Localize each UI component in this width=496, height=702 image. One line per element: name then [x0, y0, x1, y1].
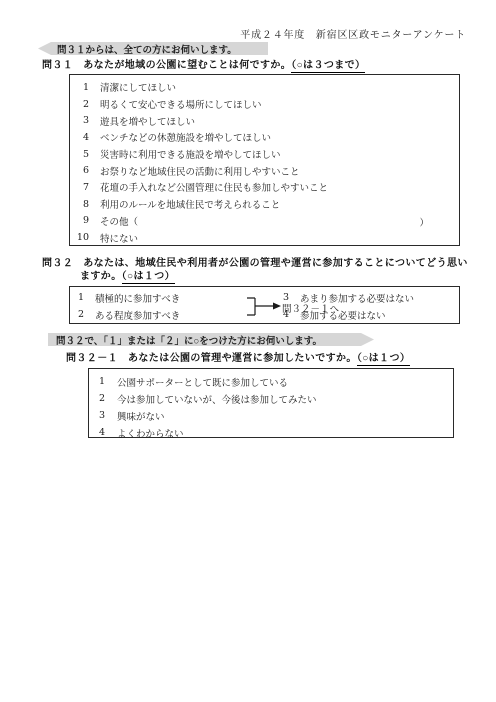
option-label: 利用のルールを地域住民で考えられること — [100, 197, 280, 211]
question-31-note: （○は３つまで） — [291, 60, 365, 73]
banner-q32-1-text: 問３２で、「１」または「２」に○をつけた方にお伺いします。 — [56, 333, 322, 347]
option-label: あまり参加する必要はない — [300, 291, 414, 305]
option-number: 4 — [89, 427, 105, 438]
option-row: 3あまり参加する必要はない — [275, 289, 414, 306]
option-number: 7 — [70, 182, 89, 193]
option-number: 10 — [70, 232, 89, 243]
option-number: 5 — [70, 149, 89, 160]
option-number: 4 — [275, 309, 289, 320]
option-number: 8 — [70, 199, 89, 210]
option-row: 2ある程度参加すべき — [70, 306, 180, 323]
question-31-title: あなたが地域の公園に望むことは何ですか。 — [83, 60, 291, 71]
option-number: 2 — [89, 393, 105, 404]
option-label: 興味がない — [117, 409, 165, 423]
option-row: 1積極的に参加すべき — [70, 289, 180, 306]
question-32-number: 問３２ — [42, 258, 73, 269]
option-row: 8利用のルールを地域住民で考えられること — [70, 196, 459, 213]
section-banner-q31: 問３１からは、全ての方にお伺いします。 — [38, 42, 268, 55]
option-number: 3 — [70, 115, 89, 126]
option-label: よくわからない — [117, 426, 184, 440]
question-31-number: 問３１ — [42, 60, 73, 71]
option-number: 3 — [275, 292, 289, 303]
question-31-options-box: 1清潔にしてほしい 2明るくて安心できる場所にしてほしい 3遊具を増やしてほしい… — [69, 74, 460, 246]
document-title: 平成２４年度 新宿区区政モニターアンケート — [240, 26, 466, 41]
option-number: 6 — [70, 165, 89, 176]
option-label: 特にない — [100, 231, 138, 245]
option-label: ある程度参加すべき — [95, 308, 180, 322]
option-row-other: 9その他（） — [70, 213, 459, 230]
section-banner-q32-1: 問３２で、「１」または「２」に○をつけた方にお伺いします。 — [48, 333, 374, 346]
option-number: 2 — [70, 309, 84, 320]
option-number: 1 — [70, 292, 84, 303]
question-32-options-box: 1積極的に参加すべき 2ある程度参加すべき 問３２－１へ 3あまり参加する必要は… — [69, 286, 460, 324]
option-label: 今は参加していないが、今後は参加してみたい — [117, 392, 317, 406]
banner-q31-text: 問３１からは、全ての方にお伺いします。 — [57, 42, 237, 56]
option-label: 積極的に参加すべき — [95, 291, 180, 305]
option-label: 参加する必要はない — [300, 308, 386, 322]
question-32-note: （○は１つ） — [122, 271, 175, 284]
option-label: 清潔にしてほしい — [100, 80, 176, 94]
question-32-heading-line2: ますか。（○は１つ） — [80, 267, 175, 282]
option-row: 1清潔にしてほしい — [70, 79, 459, 96]
question-32-title-line2: ますか。 — [80, 271, 122, 282]
option-row: 4ベンチなどの休憩施設を増やしてほしい — [70, 129, 459, 146]
option-other-close-paren: ） — [419, 215, 429, 229]
option-number: 3 — [89, 410, 105, 421]
option-number: 1 — [70, 82, 89, 93]
option-label: 明るくて安心できる場所にしてほしい — [100, 97, 262, 111]
question-31-heading: 問３１あなたが地域の公園に望むことは何ですか。（○は３つまで） — [42, 56, 365, 71]
option-label: ベンチなどの休憩施設を増やしてほしい — [100, 130, 271, 144]
question-32-1-number: 問３２－１ — [66, 353, 118, 364]
question-32-1-heading: 問３２－１あなたは公園の管理や運営に参加したいですか。（○は１つ） — [66, 349, 410, 364]
question-32-1-title: あなたは公園の管理や運営に参加したいですか。 — [128, 353, 357, 364]
option-row: 2今は参加していないが、今後は参加してみたい — [89, 390, 453, 407]
option-label: お祭りなど地域住民の活動に利用しやすいこと — [100, 164, 300, 178]
option-label: 公園サポーターとして既に参加している — [117, 375, 288, 389]
option-row: 7花壇の手入れなど公園管理に住民も参加しやすいこと — [70, 179, 459, 196]
option-label: 遊具を増やしてほしい — [100, 114, 195, 128]
option-row: 2明るくて安心できる場所にしてほしい — [70, 96, 459, 113]
option-label: 花壇の手入れなど公園管理に住民も参加しやすいこと — [100, 180, 328, 194]
option-number: 1 — [89, 376, 105, 387]
option-row: 5災害時に利用できる施設を増やしてほしい — [70, 146, 459, 163]
option-number: 4 — [70, 132, 89, 143]
option-number: 9 — [70, 215, 89, 226]
question-32-1-options-box: 1公園サポーターとして既に参加している 2今は参加していないが、今後は参加してみ… — [88, 368, 454, 438]
option-label: 災害時に利用できる施設を増やしてほしい — [100, 147, 281, 161]
option-row: 1公園サポーターとして既に参加している — [89, 373, 453, 390]
option-row: 3興味がない — [89, 407, 453, 424]
option-row: 6お祭りなど地域住民の活動に利用しやすいこと — [70, 162, 459, 179]
option-number: 2 — [70, 99, 89, 110]
option-row: 10特にない — [70, 229, 459, 246]
question-32-1-note: （○は１つ） — [357, 353, 410, 366]
option-label: その他（ — [100, 214, 138, 228]
option-row: 4よくわからない — [89, 424, 453, 441]
option-row: 3遊具を増やしてほしい — [70, 112, 459, 129]
option-row: 4参加する必要はない — [275, 306, 386, 323]
questionnaire-page: 平成２４年度 新宿区区政モニターアンケート 問３１からは、全ての方にお伺いします… — [0, 0, 496, 702]
